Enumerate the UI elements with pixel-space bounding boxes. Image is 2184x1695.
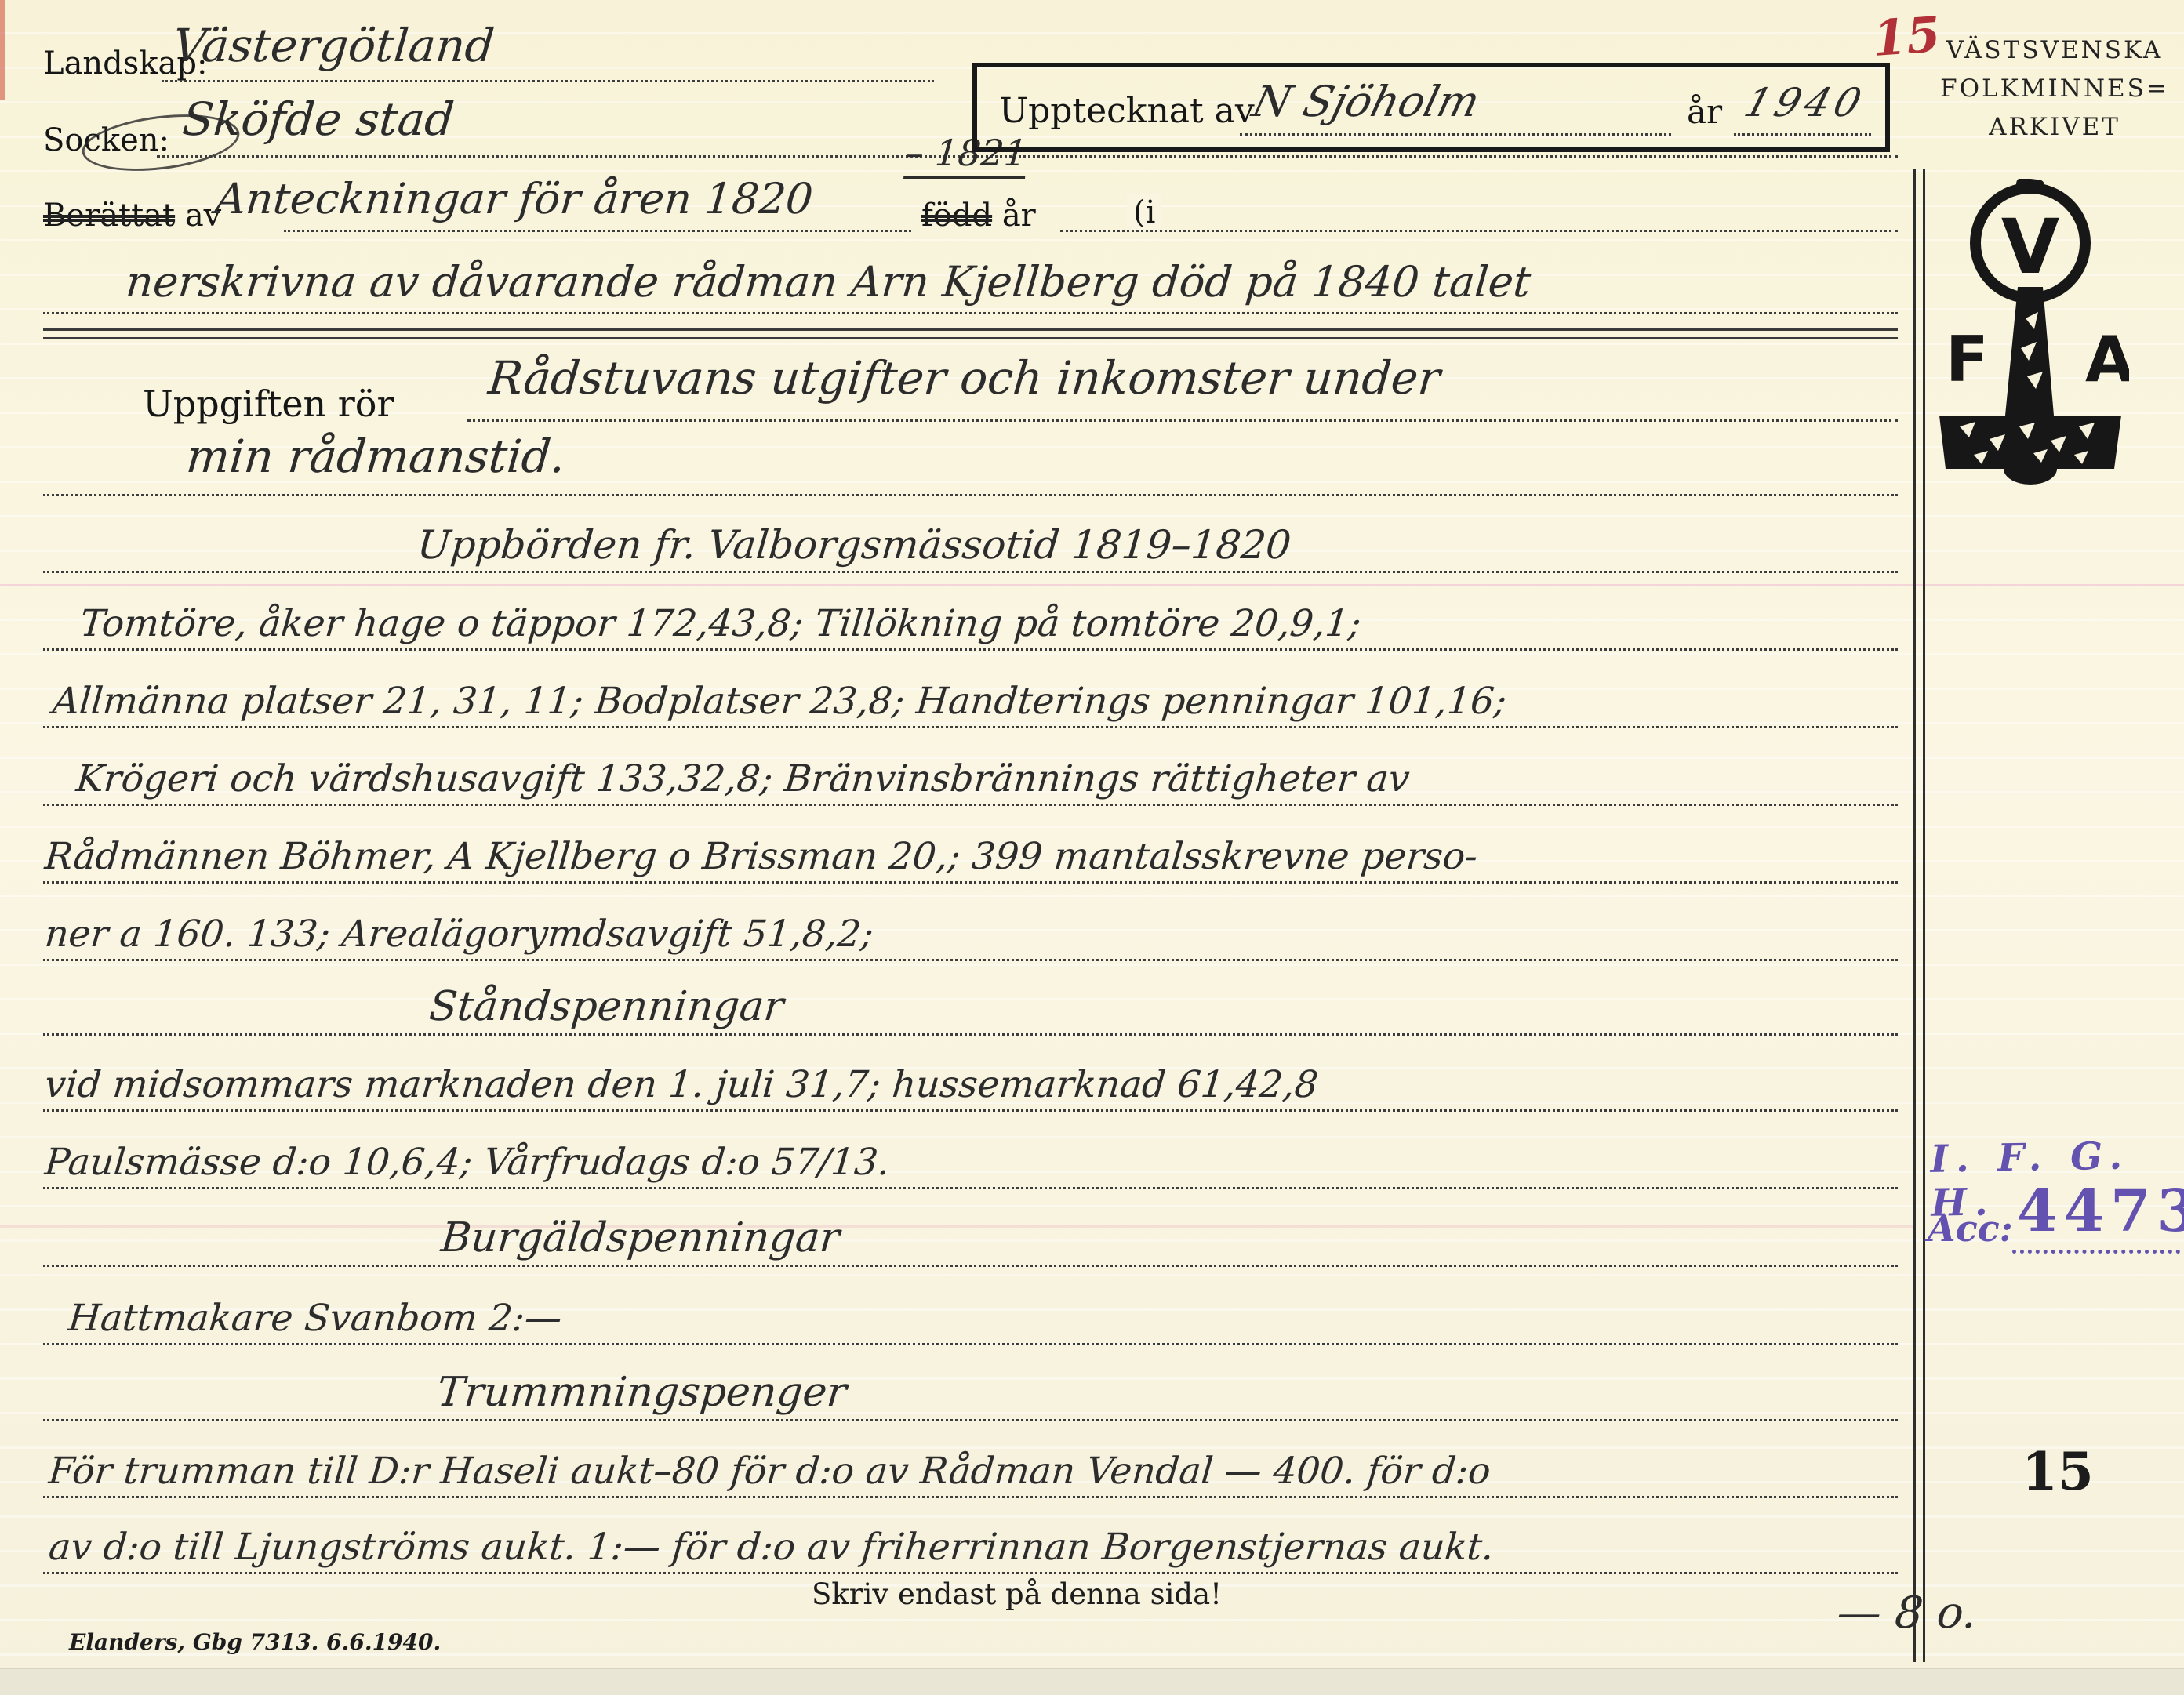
page-number-stamp: 15 — [2022, 1441, 2094, 1502]
berattat-field-rule — [284, 230, 911, 232]
body-row: Krögeri och värdshusavgift 133,32,8; Brä… — [43, 741, 1898, 806]
body-line: Paulsmässe d:o 10,6,4; Vårfrudags d:o 57… — [43, 1141, 892, 1184]
body-line: vid midsommars marknaden den 1. juli 31,… — [43, 1063, 1320, 1106]
body-heading: Trummningspenger — [435, 1369, 849, 1416]
body-row: Trummningspenger — [43, 1356, 1898, 1421]
archive-name-line2: FOLKMINNES= — [1931, 70, 2179, 108]
fodd-ar-label: född år — [921, 198, 1036, 234]
upptecknat-field-rule — [1240, 133, 1671, 136]
acc-number: 4473 — [2017, 1178, 2184, 1245]
body-line: Allmänna platser 21, 31, 11; Bodplatser … — [51, 680, 1508, 723]
continuation-rule — [43, 312, 1898, 314]
body-tail-amount: — 8 o. — [1835, 1588, 1979, 1639]
body-row: ner a 160. 133; Arealägorymdsavgift 51,8… — [43, 896, 1898, 961]
scan-bottom-strip — [0, 1668, 2184, 1695]
ar-value: 1940 — [1739, 80, 1871, 125]
ar-label: år — [1687, 93, 1722, 131]
uppgiften-value-line2: min rådmanstid. — [184, 430, 568, 483]
landskap-field-rule — [162, 80, 934, 82]
body-heading: Uppbörden fr. Valborgsmässotid 1819–1820 — [416, 522, 1293, 568]
uppgiften-label: Uppgiften rör — [143, 383, 394, 425]
margin-rule-outer — [1913, 169, 1916, 1662]
printer-imprint: Elanders, Gbg 7313. 6.6.1940. — [69, 1629, 441, 1655]
body-row: Paulsmässe d:o 10,6,4; Vårfrudags d:o 57… — [43, 1124, 1898, 1189]
upptecknat-box: Upptecknat av N Sjöholm år 1940 — [972, 63, 1890, 152]
acc-number-rule — [2012, 1250, 2180, 1254]
acc-label: Acc: — [1928, 1207, 2013, 1250]
berattat-av-label: Berättat av — [43, 198, 221, 234]
ar-word: år — [992, 198, 1036, 234]
scan-edge-red — [0, 0, 5, 100]
ar-field-rule — [1734, 133, 1871, 136]
vfa-thors-hammer-logo-icon: V F A — [1933, 179, 2129, 492]
socken-value: Sköfde stad — [180, 93, 456, 146]
body-row: av d:o till Ljungströms aukt. 1:— för d:… — [43, 1509, 1898, 1574]
body-row: Ståndspenningar — [43, 971, 1898, 1036]
archive-name-line1: VÄSTSVENSKA — [1931, 31, 2179, 70]
fodd-field-rule — [1060, 230, 1898, 232]
uppgiften-rule-1 — [467, 419, 1898, 422]
body-row: Burgäldspenningar — [43, 1202, 1898, 1267]
footer-notice: Skriv endast på denna sida! — [812, 1577, 1222, 1611]
logo-letter-v: V — [2001, 203, 2059, 291]
archive-card-page: Landskap: Västergötland Socken: Sköfde s… — [0, 0, 2184, 1695]
body-row: Hattmakare Svanbom 2:— — [43, 1280, 1898, 1345]
paren-i-label: (i — [1127, 194, 1161, 230]
body-heading: Burgäldspenningar — [439, 1214, 841, 1261]
socken-field-rule — [157, 155, 1898, 158]
body-line: Krögeri och värdshusavgift 133,32,8; Brä… — [74, 757, 1412, 800]
body-row: vid midsommars marknaden den 1. juli 31,… — [43, 1047, 1898, 1112]
upptecknat-value: N Sjöholm — [1248, 77, 1484, 126]
landskap-value: Västergötland — [171, 19, 496, 72]
uppgiften-value-line1: Rådstuvans utgifter och inkomster under — [486, 351, 1442, 405]
fodd-struck-word: född — [921, 198, 992, 234]
body-line: av d:o till Ljungströms aukt. 1:— för d:… — [47, 1526, 1495, 1569]
archive-name: VÄSTSVENSKA FOLKMINNES= ARKIVET — [1931, 31, 2179, 147]
berattat-struck-word: Berättat — [43, 198, 175, 234]
archive-name-line3: ARKIVET — [1931, 108, 2179, 147]
body-line: Tomtöre, åker hage o täppor 172,43,8; Ti… — [78, 602, 1363, 645]
margin-rule-inner — [1923, 169, 1925, 1662]
logo-letter-f: F — [1946, 323, 1989, 396]
body-row: Rådmännen Böhmer, A Kjellberg o Brissman… — [43, 818, 1898, 884]
body-row: För trumman till D:r Haseli aukt–80 för … — [43, 1433, 1898, 1498]
body-row: Tomtöre, åker hage o täppor 172,43,8; Ti… — [43, 586, 1898, 651]
body-line: Hattmakare Svanbom 2:— — [67, 1297, 564, 1340]
continuation-value: nerskrivna av dåvarande rådman Arn Kjell… — [124, 257, 1533, 307]
logo-letter-a: A — [2085, 323, 2129, 396]
header-divider-bottom — [43, 337, 1898, 339]
uppgiften-rule-2 — [43, 494, 1898, 496]
upptecknat-label: Upptecknat av — [999, 91, 1255, 131]
body-row: Allmänna platser 21, 31, 11; Bodplatser … — [43, 663, 1898, 728]
header-divider-top — [43, 328, 1898, 331]
body-heading: Ståndspenningar — [427, 983, 786, 1030]
body-line: Rådmännen Böhmer, A Kjellberg o Brissman… — [43, 835, 1480, 878]
berattat-value: Anteckningar för åren 1820 — [213, 174, 815, 223]
body-row: Uppbörden fr. Valborgsmässotid 1819–1820 — [43, 508, 1898, 573]
body-line: För trumman till D:r Haseli aukt–80 för … — [47, 1450, 1492, 1493]
body-line: ner a 160. 133; Arealägorymdsavgift 51,8… — [43, 913, 875, 956]
